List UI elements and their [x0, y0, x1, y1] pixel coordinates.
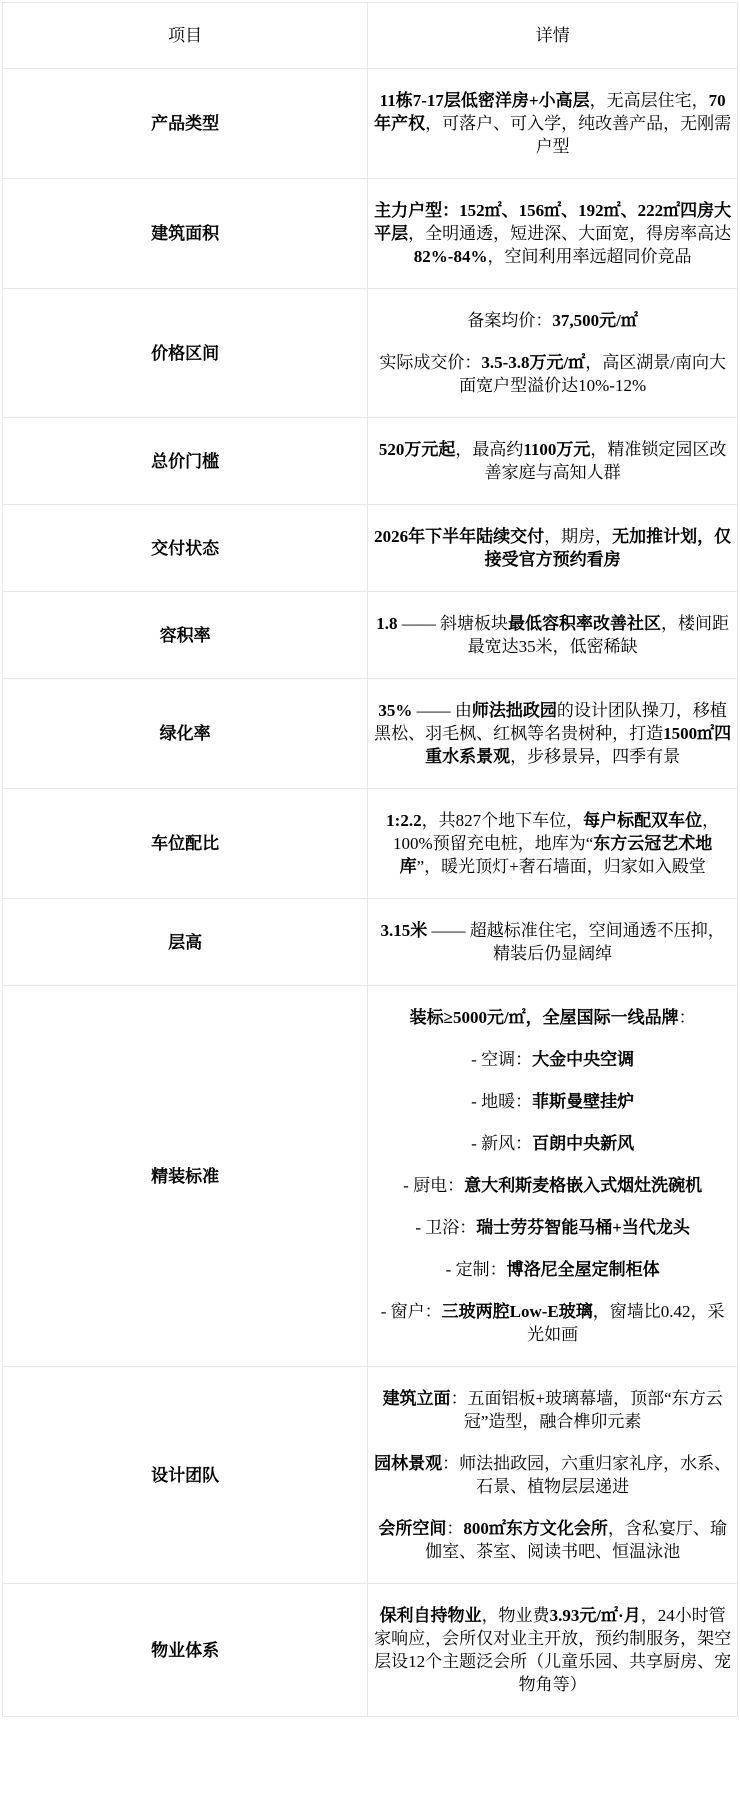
detail-paragraph: 1:2.2，共827个地下车位，每户标配双车位，100%预留充电桩，地库为“东方…: [372, 809, 733, 878]
table-row: 设计团队建筑立面：五面铝板+玻璃幕墙，顶部“东方云冠”造型，融合榫卯元素园林景观…: [3, 1367, 738, 1584]
detail-paragraph: 主力户型：152㎡、156㎡、192㎡、222㎡四房大平层，全明通透，短进深、大…: [372, 199, 733, 268]
bold-text-segment: 师法拙政园: [472, 701, 557, 720]
item-label-cell: 容积率: [3, 592, 368, 679]
text-segment: ，空间利用率远超同价竞品: [487, 247, 691, 266]
detail-paragraph: 园林景观：师法拙政园，六重归家礼序，水系、石景、植物层层递进: [372, 1452, 733, 1498]
bold-text-segment: 3.15米: [381, 921, 428, 940]
text-segment: —— 由: [412, 701, 472, 720]
text-segment: ，最高约: [455, 440, 523, 459]
detail-paragraph: 35% —— 由师法拙政园的设计团队操刀，移植黑松、羽毛枫、红枫等名贵树种，打造…: [372, 699, 733, 768]
bold-text-segment: 装标≥5000元/㎡，全屋国际一线品牌: [410, 1008, 679, 1027]
bold-text-segment: 最低容积率改善社区: [508, 614, 661, 633]
detail-paragraph: 520万元起，最高约1100万元，精准锁定园区改善家庭与高知人群: [372, 438, 733, 484]
table-row: 交付状态2026年下半年陆续交付，期房，无加推计划，仅接受官方预约看房: [3, 505, 738, 592]
bold-text-segment: 大金中央空调: [532, 1050, 634, 1069]
table-row: 精装标准装标≥5000元/㎡，全屋国际一线品牌：- 空调：大金中央空调- 地暖：…: [3, 986, 738, 1367]
detail-paragraph: - 地暖：菲斯曼壁挂炉: [372, 1090, 733, 1113]
item-label-cell: 价格区间: [3, 289, 368, 418]
text-segment: 实际成交价：: [379, 353, 481, 372]
detail-paragraph: 装标≥5000元/㎡，全屋国际一线品牌：: [372, 1006, 733, 1029]
text-segment: - 空调：: [471, 1050, 532, 1069]
text-segment: ：五面铝板+玻璃幕墙，顶部“东方云冠”造型，融合榫卯元素: [451, 1389, 723, 1431]
detail-paragraph: 2026年下半年陆续交付，期房，无加推计划，仅接受官方预约看房: [372, 525, 733, 571]
bold-text-segment: 520万元起: [379, 440, 456, 459]
bold-text-segment: 菲斯曼壁挂炉: [532, 1092, 634, 1111]
text-segment: ，共827个地下车位，: [422, 811, 584, 830]
bold-text-segment: 3.93元/㎡·月: [550, 1606, 641, 1625]
text-segment: ”，暖光顶灯+奢石墙面，归家如入殿堂: [417, 857, 706, 876]
detail-paragraph: - 定制：博洛尼全屋定制柜体: [372, 1258, 733, 1281]
detail-paragraph: - 窗户：三玻两腔Low-E玻璃，窗墙比0.42，采光如画: [372, 1300, 733, 1346]
detail-cell: 保利自持物业，物业费3.93元/㎡·月，24小时管家响应，会所仅对业主开放，预约…: [368, 1584, 738, 1717]
text-segment: ，期房，: [544, 527, 612, 546]
table-row: 绿化率35% —— 由师法拙政园的设计团队操刀，移植黑松、羽毛枫、红枫等名贵树种…: [3, 679, 738, 789]
table-row: 总价门槛520万元起，最高约1100万元，精准锁定园区改善家庭与高知人群: [3, 418, 738, 505]
text-segment: —— 超越标准住宅，空间通透不压抑，精装后仍显阔绰: [427, 921, 725, 963]
bold-text-segment: 1100万元: [523, 440, 590, 459]
bold-text-segment: 1.8: [376, 614, 397, 633]
detail-paragraph: 保利自持物业，物业费3.93元/㎡·月，24小时管家响应，会所仅对业主开放，预约…: [372, 1604, 733, 1696]
bold-text-segment: 建筑立面: [383, 1389, 451, 1408]
bold-text-segment: 百朗中央新风: [532, 1134, 634, 1153]
table-row: 价格区间备案均价：37,500元/㎡实际成交价：3.5-3.8万元/㎡，高区湖景…: [3, 289, 738, 418]
bold-text-segment: 800㎡东方文化会所: [463, 1519, 608, 1538]
column-header-item: 项目: [3, 3, 368, 69]
item-label-cell: 物业体系: [3, 1584, 368, 1717]
detail-cell: 2026年下半年陆续交付，期房，无加推计划，仅接受官方预约看房: [368, 505, 738, 592]
detail-paragraph: 建筑立面：五面铝板+玻璃幕墙，顶部“东方云冠”造型，融合榫卯元素: [372, 1387, 733, 1433]
text-segment: ：师法拙政园，六重归家礼序，水系、石景、植物层层递进: [442, 1454, 731, 1496]
detail-cell: 备案均价：37,500元/㎡实际成交价：3.5-3.8万元/㎡，高区湖景/南向大…: [368, 289, 738, 418]
header-row: 项目 详情: [3, 3, 738, 69]
property-table-wrapper: 项目 详情 产品类型11栋7-17层低密洋房+小高层，无高层住宅，70年产权，可…: [0, 0, 740, 1719]
text-segment: ，物业费: [482, 1606, 550, 1625]
item-label-cell: 建筑面积: [3, 179, 368, 289]
detail-paragraph: - 厨电：意大利斯麦格嵌入式烟灶洗碗机: [372, 1174, 733, 1197]
item-label-cell: 设计团队: [3, 1367, 368, 1584]
detail-cell: 1:2.2，共827个地下车位，每户标配双车位，100%预留充电桩，地库为“东方…: [368, 789, 738, 899]
item-label-cell: 产品类型: [3, 69, 368, 179]
item-label-cell: 车位配比: [3, 789, 368, 899]
bold-text-segment: 2026年下半年陆续交付: [374, 527, 544, 546]
text-segment: - 地暖：: [471, 1092, 532, 1111]
detail-paragraph: 3.15米 —— 超越标准住宅，空间通透不压抑，精装后仍显阔绰: [372, 919, 733, 965]
bold-text-segment: 37,500元/㎡: [552, 311, 637, 330]
bold-text-segment: 会所空间: [378, 1519, 446, 1538]
property-details-table: 项目 详情 产品类型11栋7-17层低密洋房+小高层，无高层住宅，70年产权，可…: [2, 2, 738, 1717]
bold-text-segment: 1:2.2: [386, 811, 421, 830]
item-label-cell: 绿化率: [3, 679, 368, 789]
detail-cell: 装标≥5000元/㎡，全屋国际一线品牌：- 空调：大金中央空调- 地暖：菲斯曼壁…: [368, 986, 738, 1367]
detail-paragraph: - 新风：百朗中央新风: [372, 1132, 733, 1155]
text-segment: ，无高层住宅，: [590, 91, 709, 110]
bold-text-segment: 3.5-3.8万元/㎡: [481, 353, 585, 372]
bold-text-segment: 35%: [378, 701, 412, 720]
bold-text-segment: 园林景观: [374, 1454, 442, 1473]
table-row: 建筑面积主力户型：152㎡、156㎡、192㎡、222㎡四房大平层，全明通透，短…: [3, 179, 738, 289]
detail-cell: 11栋7-17层低密洋房+小高层，无高层住宅，70年产权，可落户、可入学，纯改善…: [368, 69, 738, 179]
bold-text-segment: 保利自持物业: [380, 1606, 482, 1625]
bold-text-segment: 每户标配双车位: [583, 811, 702, 830]
text-segment: ：: [446, 1519, 463, 1538]
detail-cell: 主力户型：152㎡、156㎡、192㎡、222㎡四房大平层，全明通透，短进深、大…: [368, 179, 738, 289]
detail-cell: 3.15米 —— 超越标准住宅，空间通透不压抑，精装后仍显阔绰: [368, 899, 738, 986]
text-segment: - 厨电：: [403, 1176, 464, 1195]
item-label-cell: 交付状态: [3, 505, 368, 592]
detail-paragraph: - 空调：大金中央空调: [372, 1048, 733, 1071]
text-segment: ，可落户、可入学，纯改善产品，无刚需户型: [425, 114, 731, 156]
text-segment: —— 斜塘板块: [398, 614, 509, 633]
item-label-cell: 总价门槛: [3, 418, 368, 505]
text-segment: - 窗户：: [381, 1302, 442, 1321]
text-segment: ：: [679, 1008, 696, 1027]
text-segment: - 新风：: [471, 1134, 532, 1153]
detail-paragraph: 11栋7-17层低密洋房+小高层，无高层住宅，70年产权，可落户、可入学，纯改善…: [372, 89, 733, 158]
text-segment: 备案均价：: [467, 311, 552, 330]
detail-cell: 1.8 —— 斜塘板块最低容积率改善社区，楼间距最宽达35米，低密稀缺: [368, 592, 738, 679]
text-segment: ，全明通透，短进深、大面宽，得房率高达: [408, 224, 731, 243]
detail-paragraph: 1.8 —— 斜塘板块最低容积率改善社区，楼间距最宽达35米，低密稀缺: [372, 612, 733, 658]
table-row: 层高3.15米 —— 超越标准住宅，空间通透不压抑，精装后仍显阔绰: [3, 899, 738, 986]
bold-text-segment: 11栋7-17层低密洋房+小高层: [380, 91, 590, 110]
column-header-detail: 详情: [368, 3, 738, 69]
bold-text-segment: 瑞士劳芬智能马桶+当代龙头: [476, 1218, 690, 1237]
text-segment: - 卫浴：: [415, 1218, 476, 1237]
detail-paragraph: 实际成交价：3.5-3.8万元/㎡，高区湖景/南向大面宽户型溢价达10%-12%: [372, 351, 733, 397]
bold-text-segment: 三玻两腔Low-E玻璃: [442, 1302, 593, 1321]
detail-paragraph: - 卫浴：瑞士劳芬智能马桶+当代龙头: [372, 1216, 733, 1239]
bold-text-segment: 意大利斯麦格嵌入式烟灶洗碗机: [464, 1176, 702, 1195]
item-label-cell: 精装标准: [3, 986, 368, 1367]
table-row: 容积率1.8 —— 斜塘板块最低容积率改善社区，楼间距最宽达35米，低密稀缺: [3, 592, 738, 679]
table-row: 物业体系保利自持物业，物业费3.93元/㎡·月，24小时管家响应，会所仅对业主开…: [3, 1584, 738, 1717]
table-body: 产品类型11栋7-17层低密洋房+小高层，无高层住宅，70年产权，可落户、可入学…: [3, 69, 738, 1717]
detail-cell: 35% —— 由师法拙政园的设计团队操刀，移植黑松、羽毛枫、红枫等名贵树种，打造…: [368, 679, 738, 789]
table-row: 产品类型11栋7-17层低密洋房+小高层，无高层住宅，70年产权，可落户、可入学…: [3, 69, 738, 179]
text-segment: ，步移景异，四季有景: [510, 747, 680, 766]
detail-paragraph: 会所空间：800㎡东方文化会所，含私宴厅、瑜伽室、茶室、阅读书吧、恒温泳池: [372, 1517, 733, 1563]
bold-text-segment: 博洛尼全屋定制柜体: [507, 1260, 660, 1279]
detail-paragraph: 备案均价：37,500元/㎡: [372, 309, 733, 332]
bold-text-segment: 82%-84%: [414, 247, 488, 266]
detail-cell: 520万元起，最高约1100万元，精准锁定园区改善家庭与高知人群: [368, 418, 738, 505]
item-label-cell: 层高: [3, 899, 368, 986]
text-segment: - 定制：: [446, 1260, 507, 1279]
table-row: 车位配比1:2.2，共827个地下车位，每户标配双车位，100%预留充电桩，地库…: [3, 789, 738, 899]
detail-cell: 建筑立面：五面铝板+玻璃幕墙，顶部“东方云冠”造型，融合榫卯元素园林景观：师法拙…: [368, 1367, 738, 1584]
